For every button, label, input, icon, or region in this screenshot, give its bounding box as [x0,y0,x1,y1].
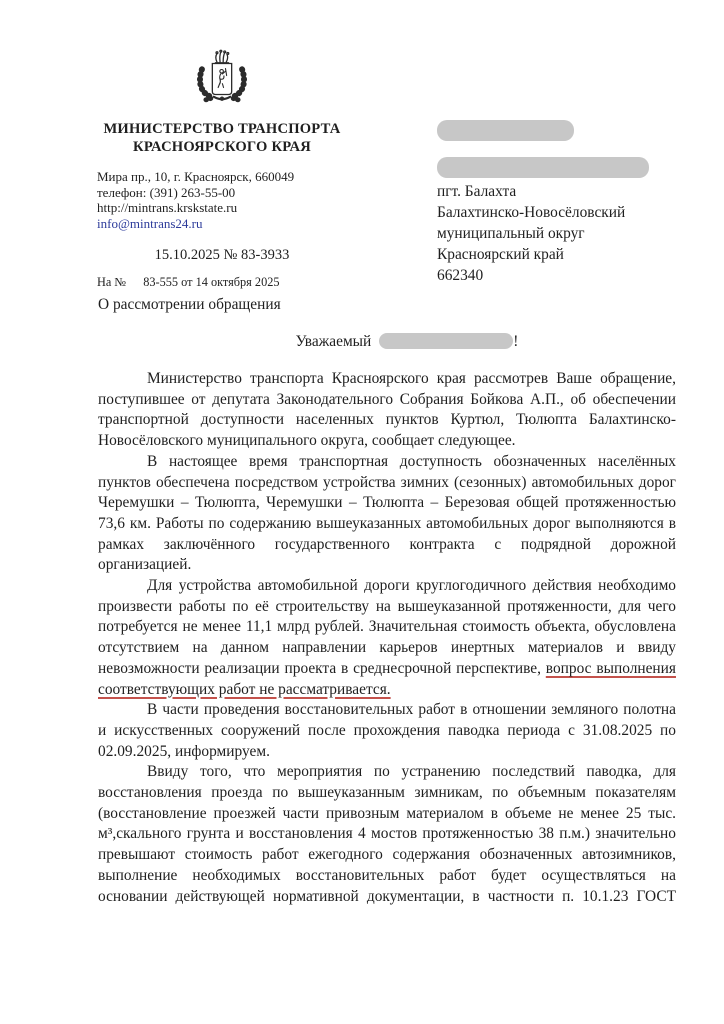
redaction-bar-recipient-name [437,120,574,141]
greeting-line: Уважаемый! [118,333,696,351]
recipient-line: муниципальный округ [437,223,657,244]
ministry-name-line1: МИНИСТЕРСТВО ТРАНСПОРТА [97,120,347,138]
redaction-bar-addressee-name [379,333,513,349]
paragraph-4: В части проведения восстановительных раб… [98,700,676,762]
recipient-address: пгт. Балахта Балахтинско-Новосёловский м… [437,181,657,286]
ministry-website: http://mintrans.krskstate.ru [97,200,347,216]
recipient-line: Красноярский край [437,244,657,265]
ministry-name: МИНИСТЕРСТВО ТРАНСПОРТА КРАСНОЯРСКОГО КР… [97,120,347,156]
paragraph-3: Для устройства автомобильной дороги круг… [98,576,676,700]
ministry-email-link[interactable]: info@mintrans24.ru [97,216,203,231]
letter-page: МИНИСТЕРСТВО ТРАНСПОРТА КРАСНОЯРСКОГО КР… [0,0,724,1024]
krasnoyarsk-krai-coat-of-arms-icon [193,42,251,116]
letter-subject: О рассмотрении обращения [98,296,281,314]
paragraph-2: В настоящее время транспортная доступнос… [98,452,676,576]
redaction-bar-recipient-street [437,157,649,178]
recipient-line: Балахтинско-Новосёловский [437,202,657,223]
ministry-name-line2: КРАСНОЯРСКОГО КРАЯ [97,138,347,156]
outgoing-reference: 15.10.2025 № 83-3933 [97,247,347,264]
paragraph-1: Министерство транспорта Красноярского кр… [98,369,676,452]
recipient-block: пгт. Балахта Балахтинско-Новосёловский м… [437,120,657,286]
incoming-reference-label: На № [97,275,126,289]
incoming-reference: На № 83-555 от 14 октября 2025 [97,275,347,290]
letter-body: Министерство транспорта Красноярского кр… [98,369,676,907]
paragraph-5: Ввиду того, что мероприятия по устранени… [98,762,676,907]
recipient-line: 662340 [437,265,657,286]
greeting-punctuation: ! [513,333,518,350]
ministry-address: Мира пр., 10, г. Красноярск, 660049 [97,169,347,185]
ministry-contact-block: Мира пр., 10, г. Красноярск, 660049 теле… [97,169,347,231]
greeting-text: Уважаемый [296,333,372,350]
recipient-line: пгт. Балахта [437,181,657,202]
ministry-phone: телефон: (391) 263-55-00 [97,185,347,201]
letterhead: МИНИСТЕРСТВО ТРАНСПОРТА КРАСНОЯРСКОГО КР… [97,42,347,290]
incoming-reference-number: 83-555 от 14 октября 2025 [143,275,279,289]
